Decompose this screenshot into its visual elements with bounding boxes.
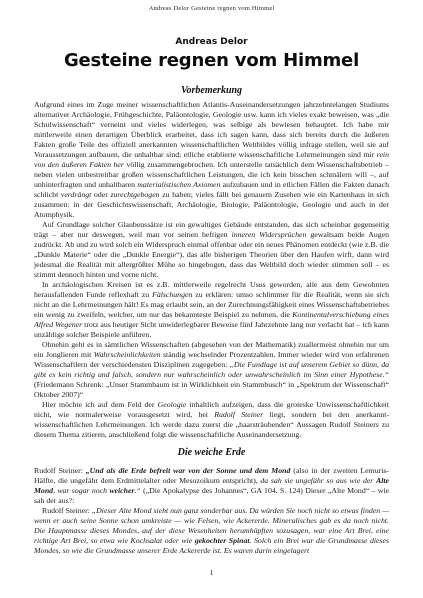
text-run: Rudolf Steiner: [34, 466, 86, 475]
text-run: materialistischen Axiomen [137, 180, 220, 189]
text-run: da sah sie ungefähr so aus wie der [260, 476, 376, 485]
paragraph: Rudolf Steiner: „Und als die Erde befrei… [34, 466, 389, 506]
text-run: oder [91, 190, 110, 199]
text-run: Rudolf Steiner: [42, 506, 92, 515]
text-run: Aufgrund eines im Zuge meiner wissenscha… [34, 100, 389, 159]
text-run: zurechtgebogen [110, 190, 159, 199]
text-run: „Und als die Erde befreit war von der So… [86, 466, 291, 475]
text-run: inneren Widersprüchen [232, 230, 307, 239]
paragraph: Rudolf Steiner: „Dieser Alte Mond sieht … [34, 506, 389, 556]
text-run: verdrängt [61, 190, 91, 199]
text-run: trotz aus heutiger Sicht unwiderlegbarer… [34, 320, 389, 339]
section-heading: Vorbemerkung [34, 85, 389, 97]
paragraph: In archäologischen Kreisen ist es z.B. m… [34, 280, 389, 340]
running-header: Andreas Delor Gesteine regnen vom Himmel [0, 0, 423, 13]
paragraph: Hier möchte ich auf dem Feld der Geologi… [34, 400, 389, 440]
document-page: Andreas Delor Gesteine regnen vom Himmel… [0, 0, 423, 598]
author-name: Andreas Delor [0, 37, 423, 48]
text-run: Fälschungen [152, 290, 192, 299]
text-run: Hier möchte ich auf dem Feld der [42, 400, 158, 409]
text-run: Wahrscheinlichkeiten [94, 350, 161, 359]
text-run: Geologie [158, 400, 187, 409]
text-run: Rudolf Steiner [214, 410, 263, 419]
section-heading: Die weiche Erde [34, 447, 389, 459]
document-body: VorbemerkungAufgrund eines im Zuge meine… [34, 85, 389, 556]
text-run: gekochter Spinat [195, 536, 250, 545]
paragraph: Ohnehin geht es in sämtlichen Wissenscha… [34, 340, 389, 400]
text-run: (Friedemann Schrenk: „Unser Stammbaum is… [34, 380, 389, 399]
page-number: 1 [0, 568, 423, 577]
paragraph: Auf Grundlage solcher Glaubenssätze ist … [34, 220, 389, 280]
text-run: , war sogar noch [53, 486, 109, 495]
paragraph: Aufgrund eines im Zuge meiner wissenscha… [34, 100, 389, 220]
text-run: weicher [109, 486, 134, 495]
page-title: Gesteine regnen vom Himmel [0, 50, 423, 71]
